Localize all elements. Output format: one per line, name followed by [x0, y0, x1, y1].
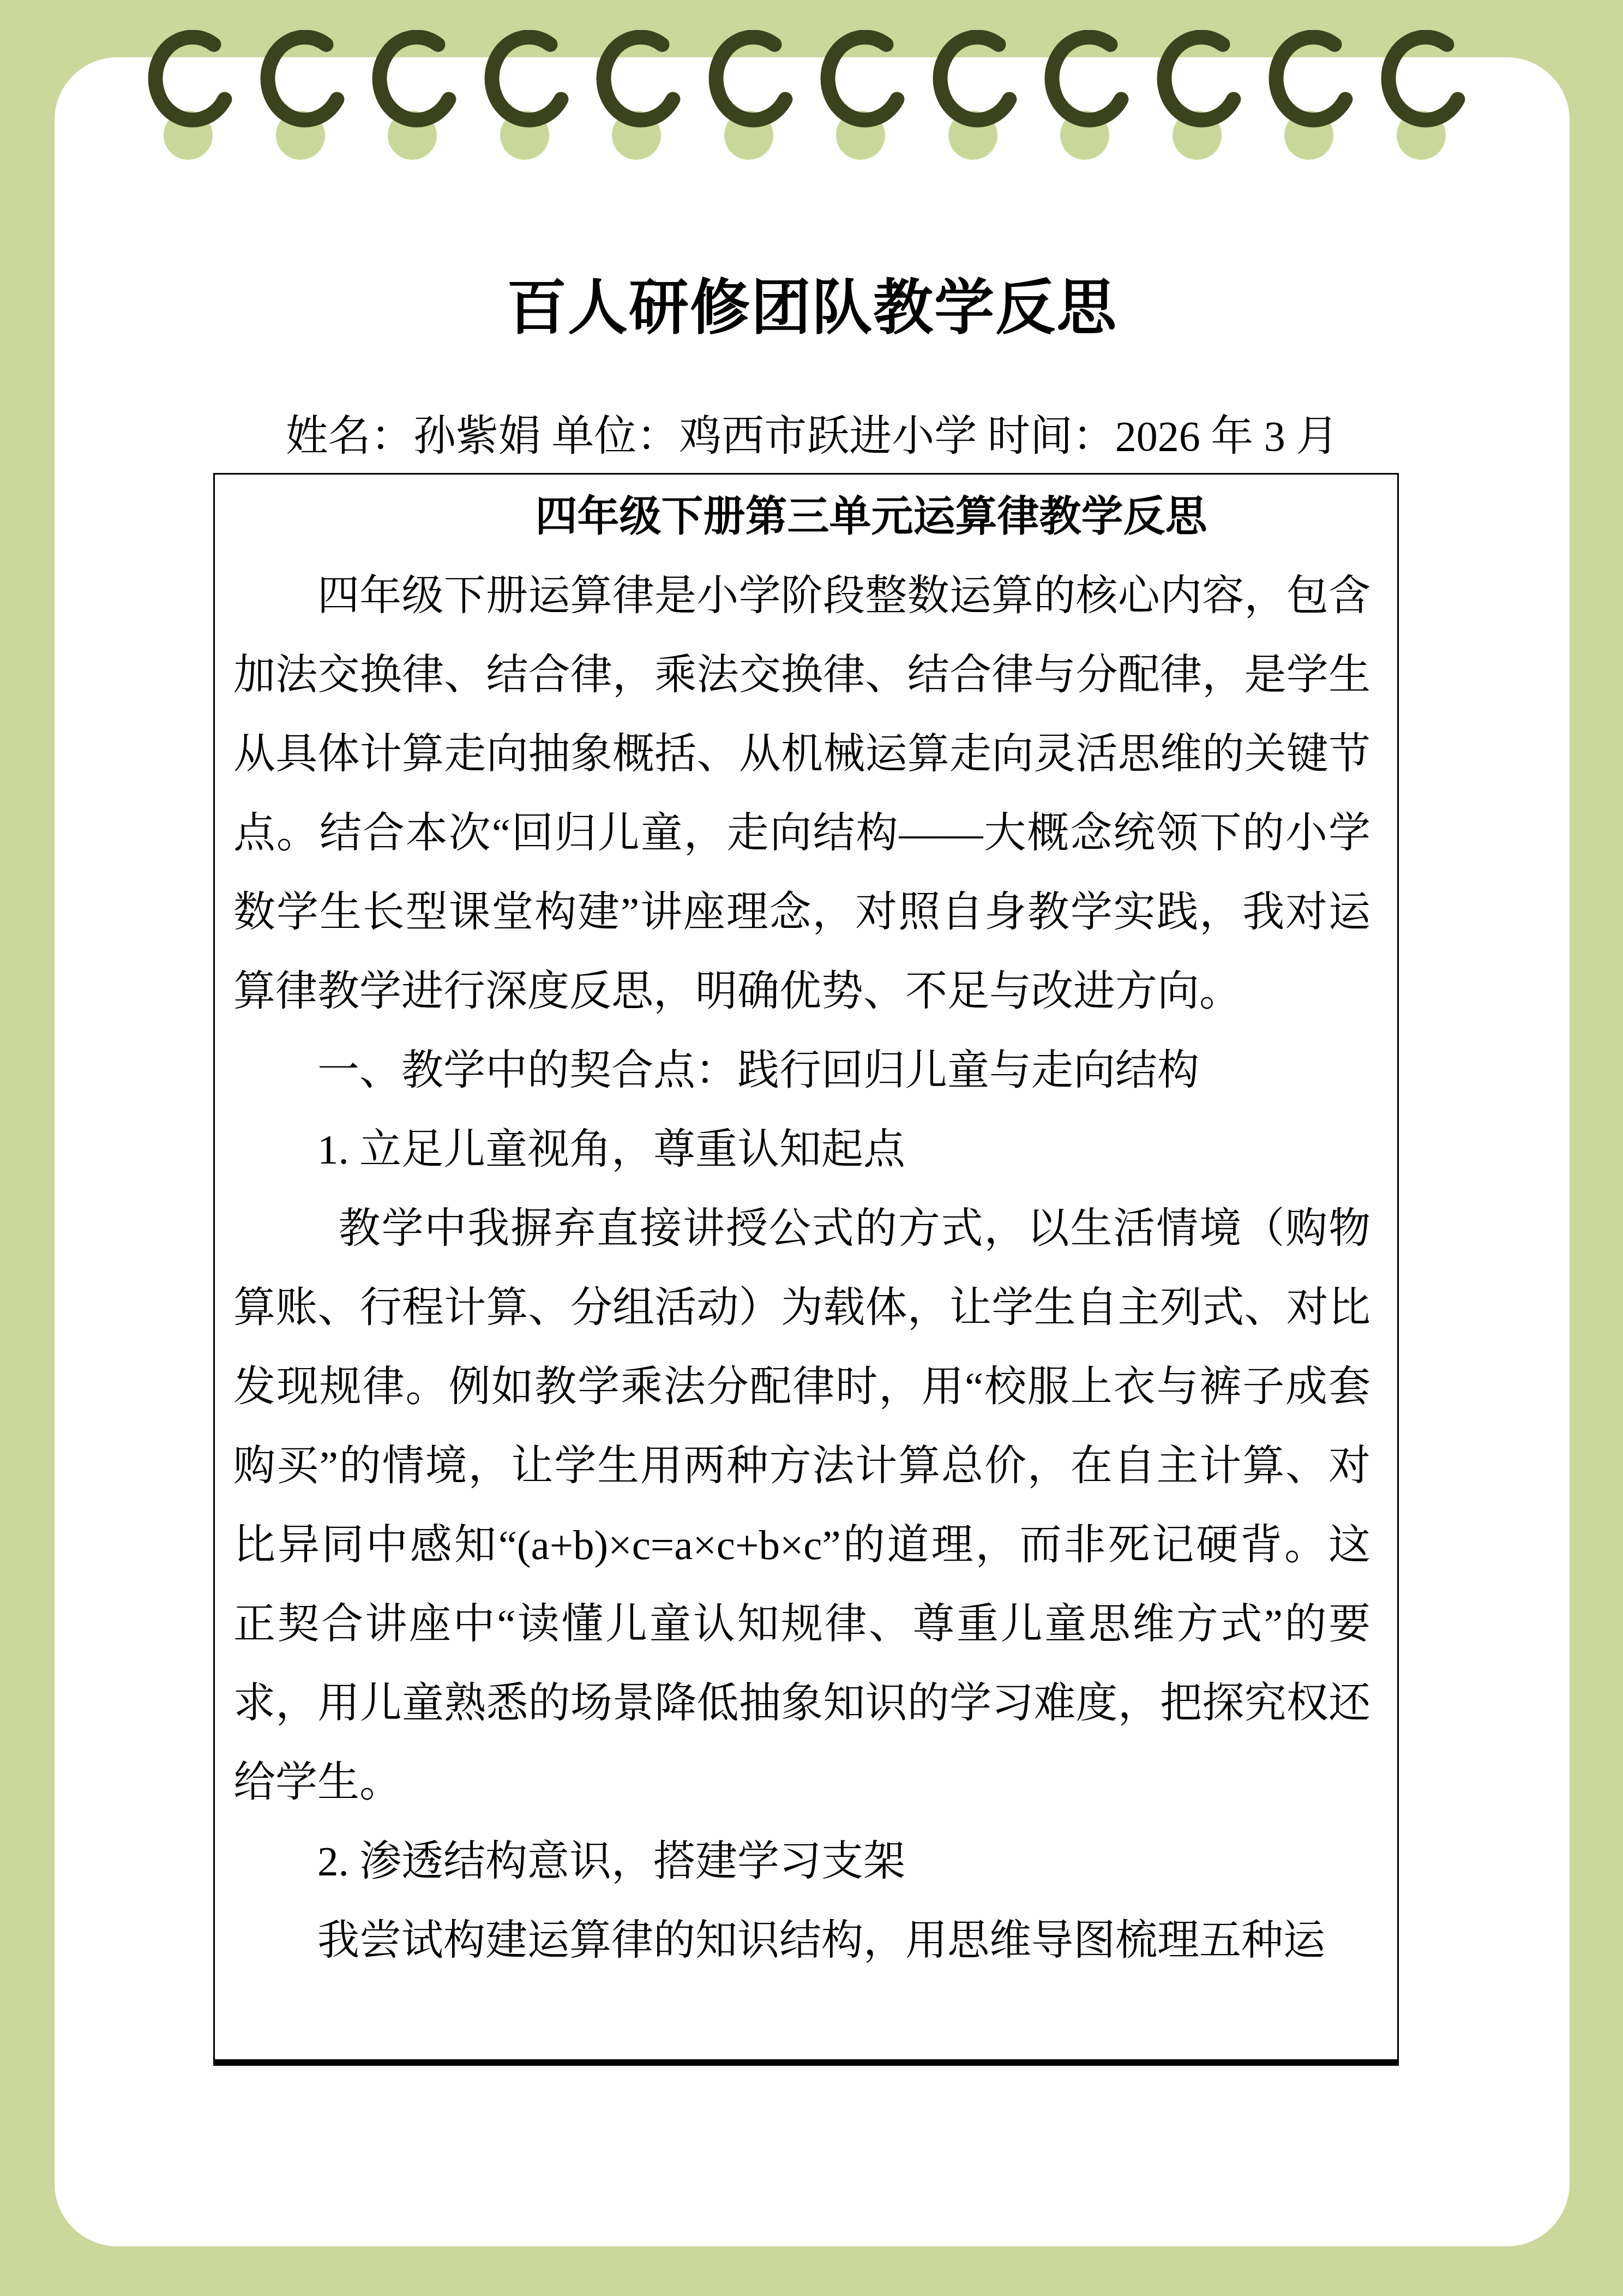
page-title: 百人研修团队教学反思	[55, 273, 1570, 344]
author-info-line: 姓名：孙紫娟 单位：鸡西市跃进小学 时间：2026 年 3 月	[55, 406, 1570, 466]
spiral-ring-icon	[370, 30, 463, 163]
spiral-ring-icon	[483, 30, 575, 163]
spiral-ring-icon	[1043, 30, 1135, 163]
spiral-ring-icon	[819, 30, 911, 163]
spiral-ring-icon	[1155, 30, 1248, 163]
spiral-ring-icon	[931, 30, 1024, 163]
paragraph: 我尝试构建运算律的知识结构，用思维导图梳理五种运	[233, 1901, 1370, 1980]
reflection-box-title: 四年级下册第三单元运算律教学反思	[372, 477, 1370, 556]
spiral-binding	[0, 0, 1623, 218]
paragraph: 教学中我摒弃直接讲授公式的方式，以生活情境（购物算账、行程计算、分组活动）为载体…	[233, 1189, 1370, 1822]
reflection-box-body: 四年级下册运算律是小学阶段整数运算的核心内容，包含加法交换律、结合律，乘法交换律…	[233, 556, 1370, 1980]
paragraph: 1. 立足儿童视角，尊重认知起点	[233, 1110, 1370, 1189]
reflection-box: 四年级下册第三单元运算律教学反思 四年级下册运算律是小学阶段整数运算的核心内容，…	[213, 473, 1399, 2066]
spiral-ring-icon	[146, 30, 239, 163]
spiral-ring-icon	[1267, 30, 1360, 163]
spiral-ring-icon	[1379, 30, 1472, 163]
notebook-background: 百人研修团队教学反思 姓名：孙紫娟 单位：鸡西市跃进小学 时间：2026 年 3…	[0, 0, 1623, 2296]
paragraph: 2. 渗透结构意识，搭建学习支架	[233, 1822, 1370, 1901]
spiral-ring-icon	[259, 30, 351, 163]
spiral-ring-icon	[707, 30, 800, 163]
paragraph: 一、教学中的契合点：践行回归儿童与走向结构	[233, 1031, 1370, 1110]
spiral-ring-icon	[594, 30, 687, 163]
paragraph: 四年级下册运算律是小学阶段整数运算的核心内容，包含加法交换律、结合律，乘法交换律…	[233, 556, 1370, 1031]
